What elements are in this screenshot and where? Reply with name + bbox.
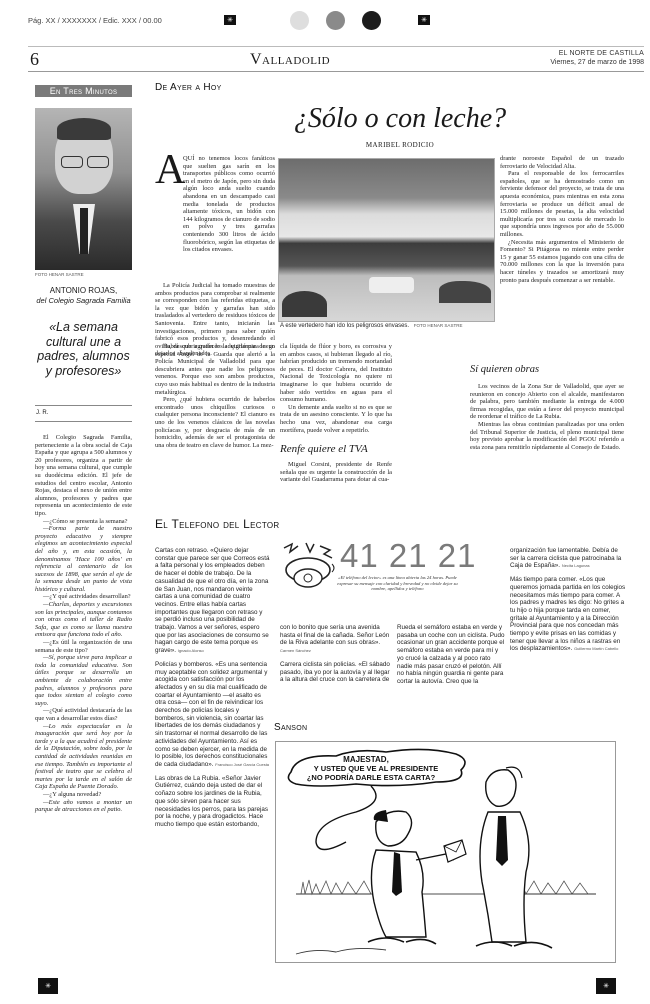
- letter-item: con lo bonito que sería una avenida hast…: [280, 624, 392, 655]
- landfill-photo: [278, 158, 495, 322]
- interviewee-affiliation: del Colegio Sagrada Familia: [35, 296, 132, 305]
- letter-item: Cartas con retraso. «Quiero dejar consta…: [155, 547, 270, 655]
- feature-col2-renfe: Miguel Corsini, presidente de Renfe seña…: [280, 461, 392, 484]
- registration-mark-icon: ✳: [224, 15, 236, 25]
- color-dot-dark: [362, 11, 381, 30]
- registration-mark-icon: ✳: [38, 978, 58, 994]
- letter-item: Carrera ciclista sin policías. «El sábad…: [280, 661, 392, 684]
- headline: ¿Sólo o con leche?: [150, 103, 650, 135]
- section-title: Valladolid: [250, 51, 330, 69]
- interviewee-name: ANTONIO ROJAS,: [35, 286, 132, 295]
- masthead-bottom-rule: [28, 71, 644, 72]
- sidebar-rule: [35, 405, 132, 406]
- feature-col3-obras: Los vecinos de la Zona Sur de Valladolid…: [470, 383, 624, 451]
- pull-quote: «La semana cultural une a padres, alumno…: [35, 320, 132, 378]
- letter-item: Policías y bomberos. «Es una sentencia m…: [155, 661, 270, 769]
- feature-col1-lead: QUÍ no tenemos locos fanáticos que suelt…: [183, 155, 275, 254]
- registration-mark-icon: ✳: [596, 978, 616, 994]
- letter-item: organización fue lamentable. Debía de se…: [510, 547, 628, 570]
- feature-kicker: De Ayer a Hoy: [155, 82, 222, 93]
- masthead-top-rule: [28, 46, 644, 47]
- reader-phone-blurb: «El teléfono del lector» es una línea ab…: [330, 575, 465, 592]
- publication-date: Viernes, 27 de marzo de 1998: [550, 59, 644, 66]
- article-byline: MARIBEL RODICIO: [150, 141, 650, 149]
- speech-line-1: MAJESTAD,: [343, 755, 389, 764]
- sidebar-body: El Colegio Sagrada Familia, pertenecient…: [35, 434, 132, 814]
- letter-item: Rueda el semáforo estaba en verde y pasa…: [397, 624, 505, 686]
- drop-cap: A: [155, 150, 185, 190]
- sidebar-byline: J. R.: [36, 410, 48, 416]
- letter-item: Las obras de La Rubia. «Señor Javier Gut…: [155, 775, 270, 829]
- color-dot-light: [290, 11, 309, 30]
- speech-line-2: Y USTED QUE VE AL PRESIDENTE: [314, 764, 438, 773]
- publication-name: EL NORTE DE CASTILLA: [559, 50, 644, 57]
- cartoon-section-title: Sanson: [274, 722, 307, 733]
- portrait-photo: [35, 108, 132, 270]
- ringing-telephone-icon: [278, 540, 338, 590]
- reader-letters-col1: Cartas con retraso. «Quiero dejar consta…: [155, 547, 270, 835]
- feature-col1-body-wide: Habrá que agradecer la vigilancia de un …: [155, 343, 275, 449]
- letter-item: Más tiempo para comer. «Los que queremos…: [510, 576, 628, 653]
- subhead-renfe: Renfe quiere el TVA: [280, 443, 368, 455]
- reader-letters-col4: organización fue lamentable. Debía de se…: [510, 547, 628, 659]
- page-number: 6: [30, 49, 39, 70]
- reader-phone-section-title: El Telefono del Lector: [155, 517, 280, 531]
- photo-caption: A este vertedero han ido los peligrosos …: [280, 323, 462, 329]
- registration-mark-icon: ✳: [418, 15, 430, 25]
- sidebar-kicker: En Tres Minutos: [35, 85, 132, 97]
- sidebar-rule: [35, 421, 132, 422]
- feature-col3-body: drante noroeste Español de un trazado fe…: [500, 155, 624, 284]
- cartoon-panel: MAJESTAD, Y USTED QUE VE AL PRESIDENTE ¿…: [275, 741, 616, 963]
- print-slug: Pág. XX / XXXXXXX / Edic. XXX / 00.00: [28, 16, 162, 25]
- speech-line-3: ¿NO PODRÍA DARLE ESTA CARTA?: [307, 773, 436, 782]
- subhead-obras: Sí quieren obras: [470, 364, 539, 375]
- reader-phone-number: 41 21 21: [340, 539, 476, 573]
- color-dot-mid: [326, 11, 345, 30]
- reader-letters-col3: Rueda el semáforo estaba en verde y pasa…: [397, 624, 505, 692]
- photo-credit: FOTO HENAR SASTRE: [35, 272, 84, 277]
- feature-col2-body: cla líquida de flúor y boro, es corrosiv…: [280, 343, 392, 434]
- reader-letters-col2: con lo bonito que sería una avenida hast…: [280, 624, 392, 690]
